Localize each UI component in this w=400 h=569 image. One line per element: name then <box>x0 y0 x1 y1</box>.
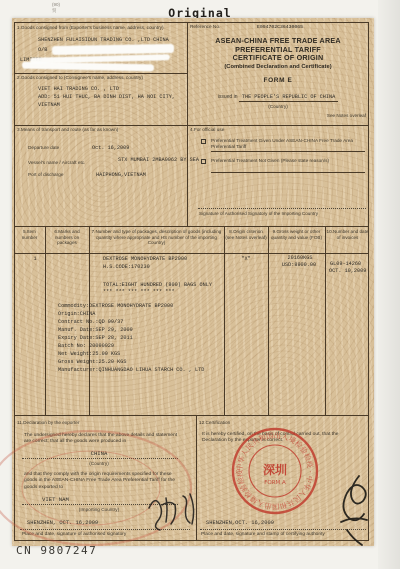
invoice-number: GL09-14260 <box>330 261 361 268</box>
vessel-value: STX MUMBAI 2MBA0062 BY SEA <box>118 157 199 164</box>
grid-line <box>14 125 369 126</box>
col-item-header: 5.Item number <box>15 229 44 240</box>
invoice-date: OCT. 10,2009 <box>329 268 366 275</box>
rule-line <box>211 172 365 173</box>
stamp-center-text: 深圳 <box>263 462 287 477</box>
certifier-signature <box>328 468 374 548</box>
detail-expiry-date: Expiry Date:SEP 28, 2011 <box>58 334 204 342</box>
signature-dotted-line <box>198 208 366 209</box>
corner-note-line1: (90) <box>52 2 60 8</box>
grid-line <box>14 226 369 227</box>
title-line3: CERTIFICATE OF ORIGIN <box>189 54 367 63</box>
grid-line <box>14 415 369 416</box>
consignee-name: VIET HAI TRADING CO. , LTD <box>38 86 119 93</box>
scanned-certificate-page: (90) 贸 Original Reference No. E094702C36… <box>0 0 400 569</box>
issued-in-row: issued in THE PEOPLE'S REPUBLIC OF CHINA <box>189 94 367 100</box>
scan-edge-shadow <box>378 0 400 569</box>
box12-label: 12.Certification <box>199 420 230 426</box>
serial-number: CN 9807247 <box>16 544 97 557</box>
grid-line <box>268 226 269 415</box>
form-e-label: FORM E <box>189 77 367 84</box>
goods-hs-code: H.S.CODE:170230 <box>103 264 150 271</box>
grid-line <box>224 226 225 415</box>
box4-label: 4.For official use <box>190 127 224 133</box>
detail-net-weight: Net Weight:25.00 KGS <box>58 350 204 358</box>
title-line4: (Combined Declaration and Certificate) <box>189 64 367 71</box>
consignee-address: ADD: 51 HUI THUC, BA DINH DIST, HA NOI C… <box>38 94 175 101</box>
port-value: HAIPHONG,VIETNAM <box>96 172 146 179</box>
box2-label: 2.Goods consigned to (Consignee's name, … <box>17 75 185 81</box>
detail-manuf-date: Manuf. Date:SEP 29, 2009 <box>58 326 204 334</box>
exporter-line2: O/B <box>38 47 47 54</box>
port-label: Port of discharge <box>28 172 63 178</box>
grid-line <box>187 22 188 226</box>
exporter-signature <box>142 486 200 534</box>
exporter-name: SHENZHEN FULAISIDUN TRADING CO. ,LTD CHI… <box>38 37 169 44</box>
departure-date-value: Oct. 16,2009 <box>92 145 129 152</box>
detail-origin: Origin:CHINA <box>58 310 204 318</box>
box11-label: 11.Declaration by the exporter <box>17 420 79 426</box>
grid-line <box>325 226 326 415</box>
goods-asterisk-line: *** *** *** *** *** *** <box>103 289 175 296</box>
certificate-title: ASEAN-CHINA FREE TRADE AREA PREFERENTIAL… <box>189 37 367 84</box>
item-number: 1 <box>30 256 40 263</box>
fob-value: USD:8900.00 <box>276 262 322 269</box>
grid-line <box>45 226 46 415</box>
detail-batch: Batch No: 20090929 <box>58 342 204 350</box>
col-origin-header: 8.Origin criterion (see Notes overleaf) <box>225 229 267 240</box>
rule-line <box>211 151 365 152</box>
detail-commodity: Commodity:DEXTROSE MONOHYDRATE BP2000 <box>58 302 204 310</box>
consignee-country: VIETNAM <box>38 102 60 109</box>
certifying-authority-stamp: 中华人民共和国出入境检验检疫 · 中华人民共和国出入境检验检疫 深圳 FORM … <box>228 424 322 518</box>
option-preferential-not-given: Preferential Treatment Not Given (Please… <box>211 158 359 164</box>
goods-total-line: TOTAL:EIGHT HUNDRED (800) BAGS ONLY <box>103 282 212 289</box>
col-gross-weight-header: 9.Gross weight or other quantity and val… <box>269 229 324 240</box>
col-description-header: 7.Number and type of packages, descripti… <box>91 229 222 246</box>
detail-contract: Contract No.:QD 09/37 <box>58 318 204 326</box>
departure-date-label: Departure date <box>28 145 59 151</box>
origin-criterion-value: "X" <box>232 256 260 263</box>
issued-in-label: issued in <box>218 94 238 100</box>
stamp-sub-text: FORM A <box>264 480 286 486</box>
box1-label: 1.Goods consigned from (Exporter's busin… <box>17 25 185 31</box>
detail-manufacturer: Manufacturer:QINHUANGDAO LIHUA STARCH CO… <box>58 366 204 374</box>
commodity-details-block: Commodity:DEXTROSE MONOHYDRATE BP2000 Or… <box>58 302 204 374</box>
grid-line <box>14 73 187 74</box>
reference-value: E094702C36430065 <box>257 24 303 31</box>
col-invoice-header: 10.Number and date of invoices <box>326 229 369 240</box>
reference-label: Reference No. <box>190 24 220 30</box>
checkbox-preferential-not-given <box>201 159 206 164</box>
goods-description-line1: DEXTROSE MONOHYDRATE BP2000 <box>103 256 187 263</box>
see-notes-caption: See Notes overleaf <box>266 113 366 119</box>
option-preferential-given: Preferential Treatment Given Under ASEAN… <box>211 138 361 150</box>
country-caption: (Country) <box>189 104 367 109</box>
detail-gross-weight: Gross Weight:25.20 KGS <box>58 358 204 366</box>
grid-line <box>14 253 369 254</box>
corner-note-line2: 贸 <box>52 8 60 14</box>
certifier-place-date: SHENZHEN,OCT. 16,2009 <box>206 520 274 527</box>
checkbox-preferential-given <box>201 139 206 144</box>
importing-signatory-caption: Signature of Authorised Signatory of the… <box>199 211 367 217</box>
box3-label: 3.Means of transport and route (as far a… <box>17 127 185 133</box>
issued-in-value: THE PEOPLE'S REPUBLIC OF CHINA <box>239 94 338 102</box>
corner-note: (90) 贸 <box>52 2 60 13</box>
vessel-label: Vessel's name / Aircraft etc. <box>28 160 85 166</box>
gross-weight-value: 20160KGS <box>278 255 322 262</box>
col-marks-header: 6.Marks and numbers on packages <box>46 229 88 246</box>
